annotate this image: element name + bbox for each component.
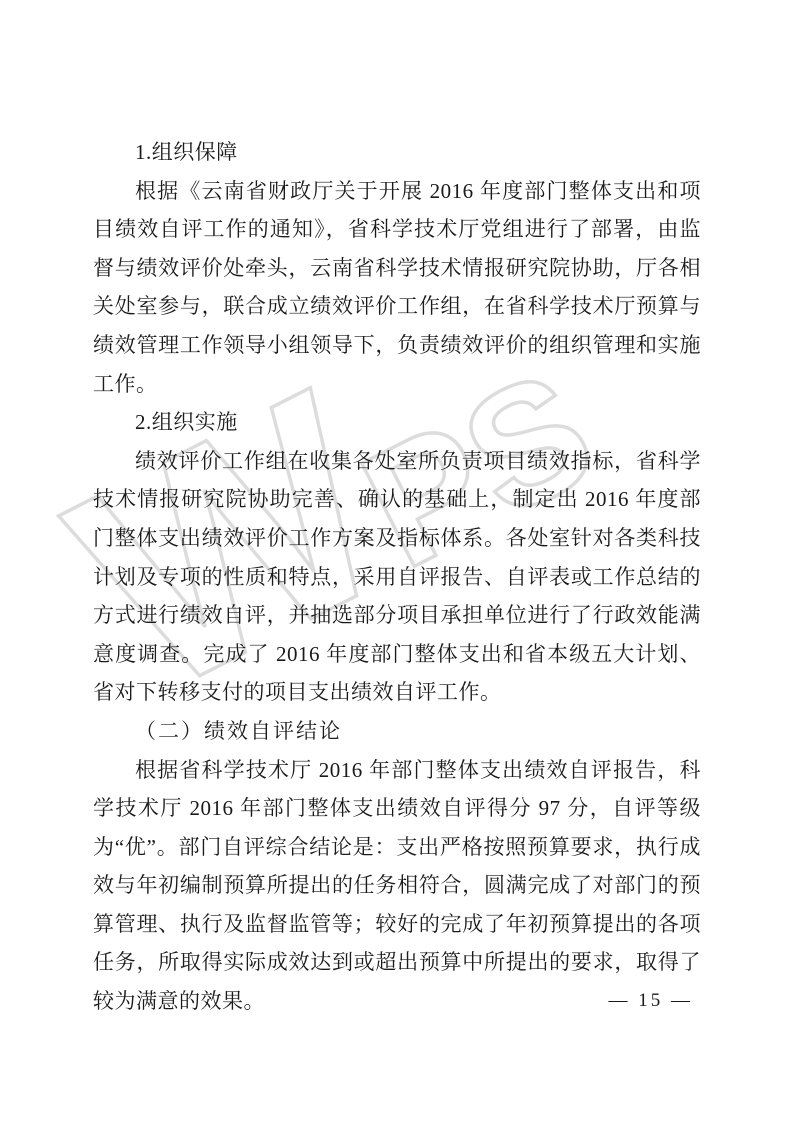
document-body: 1.组织保障 根据《云南省财政厅关于开展 2016 年度部门整体支出和项目绩效自… [93, 133, 701, 1021]
page-number: — 15 — [609, 990, 694, 1012]
section-heading-1: 1.组织保障 [93, 133, 701, 172]
section-heading-2: 2.组织实施 [93, 403, 701, 442]
paragraph-self-evaluation-conclusion: 根据省科学技术厅 2016 年部门整体支出绩效自评报告，科学技术厅 2016 年… [93, 751, 701, 1021]
paragraph-organization-implementation: 绩效评价工作组在收集各处室所负责项目绩效指标，省科学技术情报研究院协助完善、确认… [93, 442, 701, 712]
document-page: WPS 1.组织保障 根据《云南省财政厅关于开展 2016 年度部门整体支出和项… [0, 0, 793, 1122]
subsection-heading-self-evaluation-conclusion: （二）绩效自评结论 [93, 712, 701, 751]
paragraph-organization-guarantee: 根据《云南省财政厅关于开展 2016 年度部门整体支出和项目绩效自评工作的通知》… [93, 172, 701, 404]
